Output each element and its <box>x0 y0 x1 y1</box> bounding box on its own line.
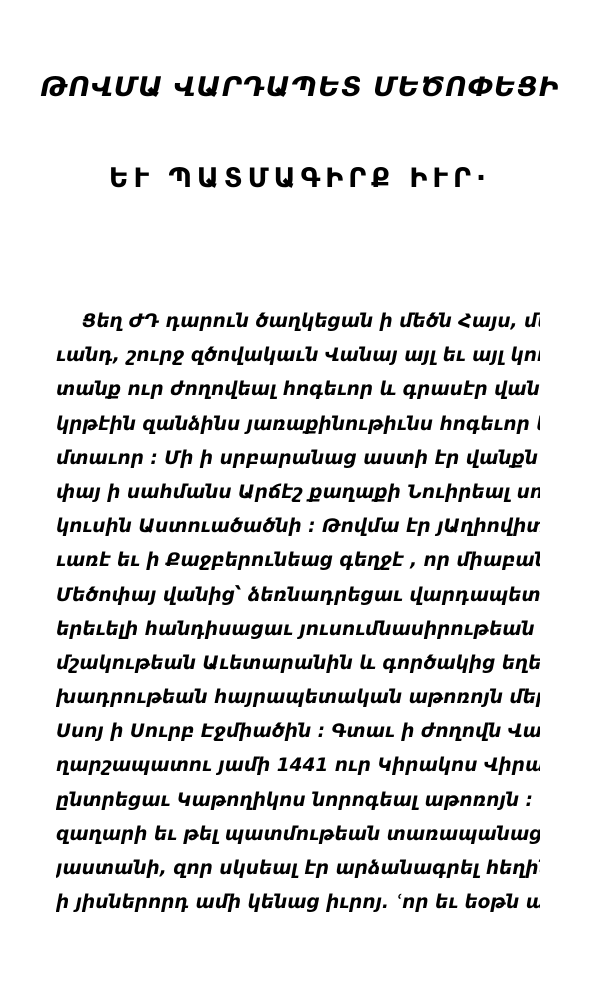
text-line: երեւելի հանդիսացաւ յուսումնասիրութեան եւ… <box>56 613 540 647</box>
text-line: մշակութեան Աւետարանին և գործակից եղեւ փո… <box>56 647 540 681</box>
text-line: ի յիսներորդ ամի կենաց իւրոյ․ ՙոր եւ եօթն… <box>56 886 540 920</box>
body-paragraph: Ցեղ ԺԴ դարուն ծաղկեցան ի մեծն Հայս, մանա… <box>56 305 540 920</box>
text-line: Մեծոփայ վանից՝ ձեռնադրեցաւ վարդապետ ․ եւ <box>56 579 540 613</box>
text-line: մտաւոր ։ Մի ի սրբարանաց աստի էր վանքն Մե… <box>56 442 540 476</box>
text-line: ղարշապատու յամի 1441 ուր Կիրակոս Վիրապեց… <box>56 749 540 783</box>
text-line: տանք ուր ժողովեալ հոգեւոր և գրասէր վանակ… <box>56 373 540 407</box>
text-line: փայ ի սահմանս Արճէշ քաղաքի Նուիրեալ սուր… <box>56 476 540 510</box>
text-line: յաստանի, զոր սկսեալ էր արձանագրել հեղինա… <box>56 852 540 886</box>
text-line: ւանդ, շուրջ զծովակաւն Վանայ այլ եւ այլ կ… <box>56 339 540 373</box>
text-line: կրթէին զանձինս յառաքինութիւնս հոգեւոր եւ… <box>56 408 540 442</box>
text-line: զաղարի եւ թել պատմութեան տառապանաց Հա֊ <box>56 818 540 852</box>
text-line: Սսոյ ի Սուրբ Էջմիածին ։ Գտաւ ի ժողովն Վա… <box>56 715 540 749</box>
text-line: ւառէ եւ ի Քաջբերունեաց գեղջէ , որ միաբան… <box>56 544 540 578</box>
text-line: Ցեղ ԺԴ դարուն ծաղկեցան ի մեծն Հայս, մանա… <box>56 305 540 339</box>
text-line: խադրութեան հայրապետական աթոռոյն մերոյ ի <box>56 681 540 715</box>
scanned-book-page: ԹՈՎՄԱ ՎԱՐԴԱՊԵՏ ՄԵԾՈՓԵՑԻ ԵՒ ՊԱՏՄԱԳԻՐՔ ԻՒՐ… <box>0 0 600 995</box>
page-subtitle: ԵՒ ՊԱՏՄԱԳԻՐՔ ԻՒՐ· <box>0 163 600 194</box>
text-line: կուսին Աստուածածնի ։ Թովմա էր յԱղիովիտ գ… <box>56 510 540 544</box>
text-line: ընտրեցաւ Կաթողիկոս նորոգեալ աթոռոյն ։ Աս… <box>56 784 540 818</box>
page-title: ԹՈՎՄԱ ՎԱՐԴԱՊԵՏ ՄԵԾՈՓԵՑԻ <box>0 72 600 103</box>
